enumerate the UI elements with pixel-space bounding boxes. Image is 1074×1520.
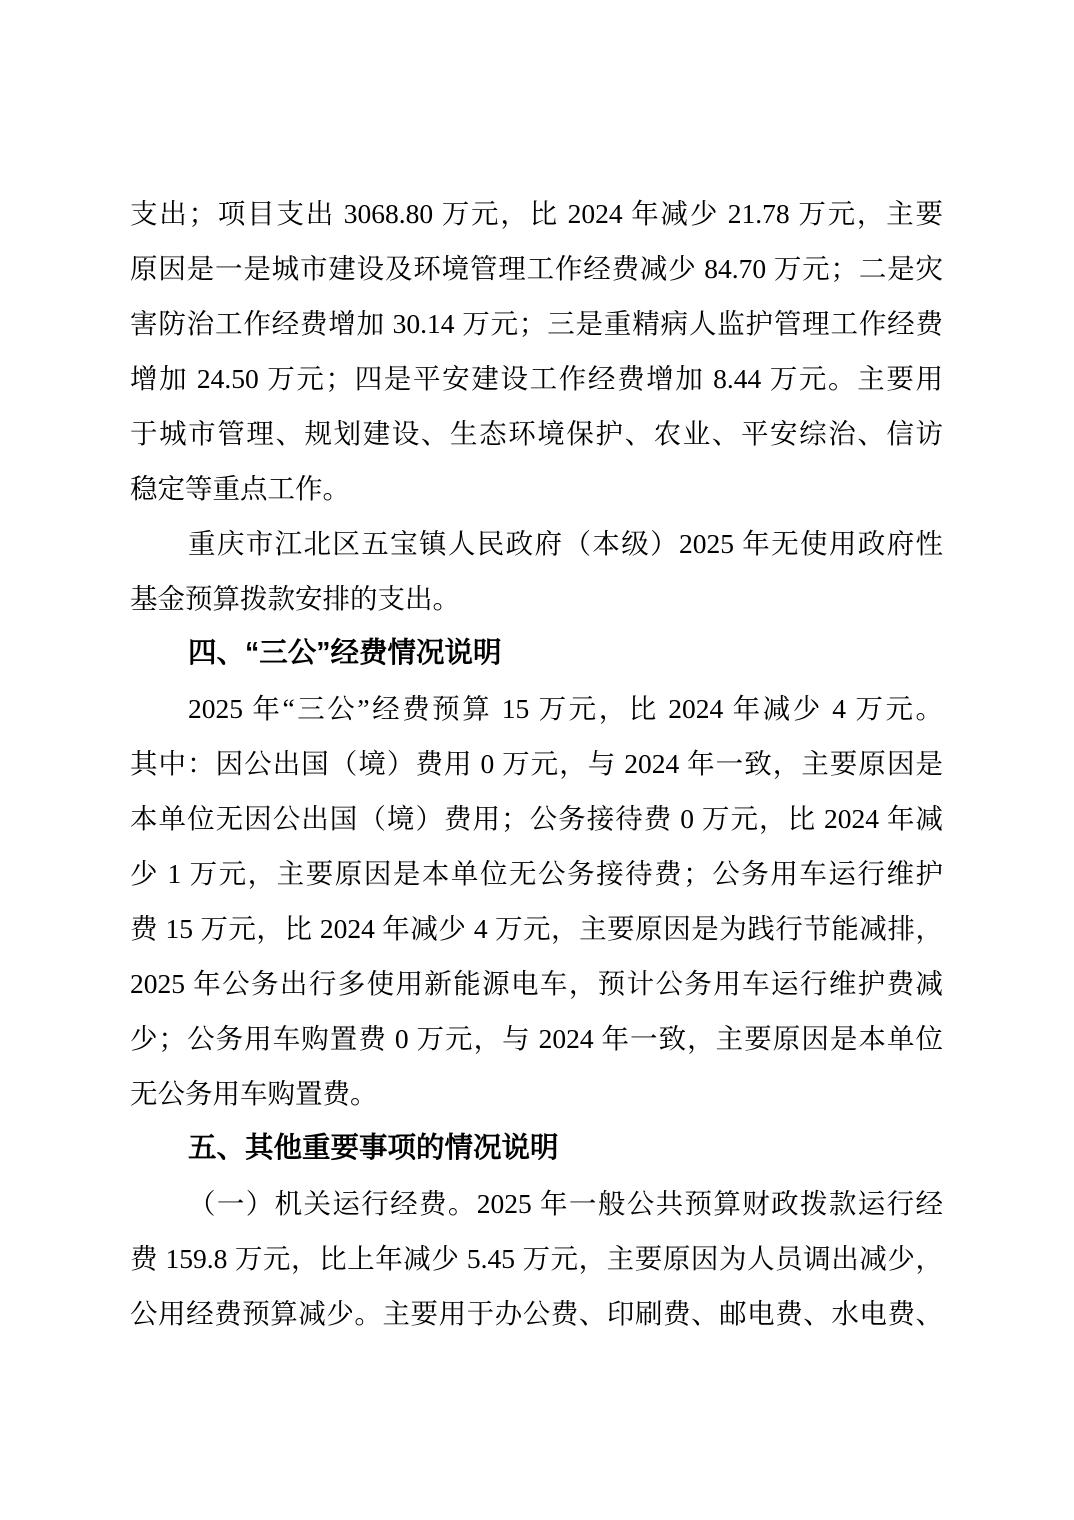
- paragraph-line: 公用经费预算减少。主要用于办公费、印刷费、邮电费、水电费、: [130, 1286, 943, 1341]
- paragraph-line: 费 15 万元，比 2024 年减少 4 万元，主要原因是为践行节能减排，: [130, 901, 943, 956]
- paragraph-line: 本单位无因公出国（境）费用；公务接待费 0 万元，比 2024 年减: [130, 791, 943, 846]
- paragraph-first-line: （一）机关运行经费。2025 年一般公共预算财政拨款运行经: [130, 1176, 943, 1231]
- paragraph-line: 其中：因公出国（境）费用 0 万元，与 2024 年一致，主要原因是: [130, 736, 943, 791]
- paragraph-last-line: 稳定等重点工作。: [130, 461, 943, 516]
- paragraph-line: 于城市管理、规划建设、生态环境保护、农业、平安综治、信访: [130, 406, 943, 461]
- document-page: 支出；项目支出 3068.80 万元，比 2024 年减少 21.78 万元，主…: [0, 0, 1074, 1520]
- paragraph-line: 费 159.8 万元，比上年减少 5.45 万元，主要原因为人员调出减少，: [130, 1231, 943, 1286]
- paragraph-line: 少 1 万元，主要原因是本单位无公务接待费；公务用车运行维护: [130, 846, 943, 901]
- paragraph-first-line: 重庆市江北区五宝镇人民政府（本级）2025 年无使用政府性: [130, 516, 943, 571]
- paragraph-last-line: 无公务用车购置费。: [130, 1066, 943, 1121]
- section-heading-four: 四、“三公”经费情况说明: [130, 626, 943, 681]
- text-block: 支出；项目支出 3068.80 万元，比 2024 年减少 21.78 万元，主…: [130, 186, 943, 1341]
- paragraph-line: 2025 年公务出行多使用新能源电车，预计公务用车运行维护费减: [130, 956, 943, 1011]
- paragraph-line: 少；公务用车购置费 0 万元，与 2024 年一致，主要原因是本单位: [130, 1011, 943, 1066]
- paragraph-last-line: 基金预算拨款安排的支出。: [130, 571, 943, 626]
- paragraph-first-line: 2025 年“三公”经费预算 15 万元，比 2024 年减少 4 万元。: [130, 681, 943, 736]
- paragraph-line: 原因是一是城市建设及环境管理工作经费减少 84.70 万元；二是灾: [130, 241, 943, 296]
- paragraph-line: 害防治工作经费增加 30.14 万元；三是重精病人监护管理工作经费: [130, 296, 943, 351]
- paragraph-line: 增加 24.50 万元；四是平安建设工作经费增加 8.44 万元。主要用: [130, 351, 943, 406]
- paragraph-line: 支出；项目支出 3068.80 万元，比 2024 年减少 21.78 万元，主…: [130, 186, 943, 241]
- section-heading-five: 五、其他重要事项的情况说明: [130, 1121, 943, 1176]
